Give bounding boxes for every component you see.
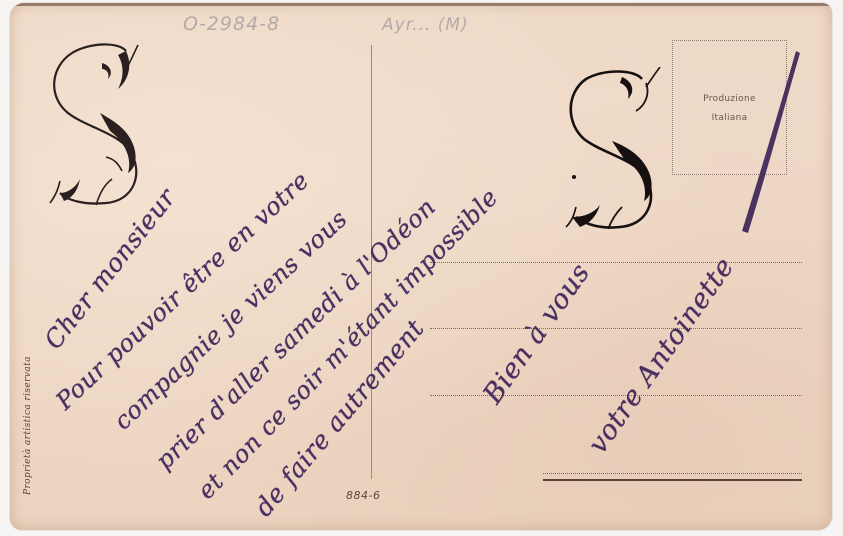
postcard-scan: O-2984-8 Ayr... (M) P (0, 0, 843, 536)
handwriting-signature: votre Antoinette (582, 252, 740, 459)
address-line-1 (430, 262, 802, 263)
address-line-4-dotted (543, 473, 802, 474)
decorative-s-right-icon (562, 67, 662, 237)
series-number: 884-6 (346, 489, 380, 502)
address-line-2 (430, 328, 802, 329)
handwriting-closing: Bien à vous (477, 258, 596, 410)
copyright-imprint: Proprietà artistica riservata (23, 356, 33, 495)
decorative-s-left-icon (48, 43, 148, 213)
pencil-catalog-number: O-2984-8 (183, 13, 280, 35)
postcard-back: O-2984-8 Ayr... (M) P (10, 3, 832, 530)
ink-stroke-mark (736, 51, 806, 241)
address-line-4-rule (543, 479, 802, 481)
pencil-annotation: Ayr... (M) (382, 15, 469, 35)
